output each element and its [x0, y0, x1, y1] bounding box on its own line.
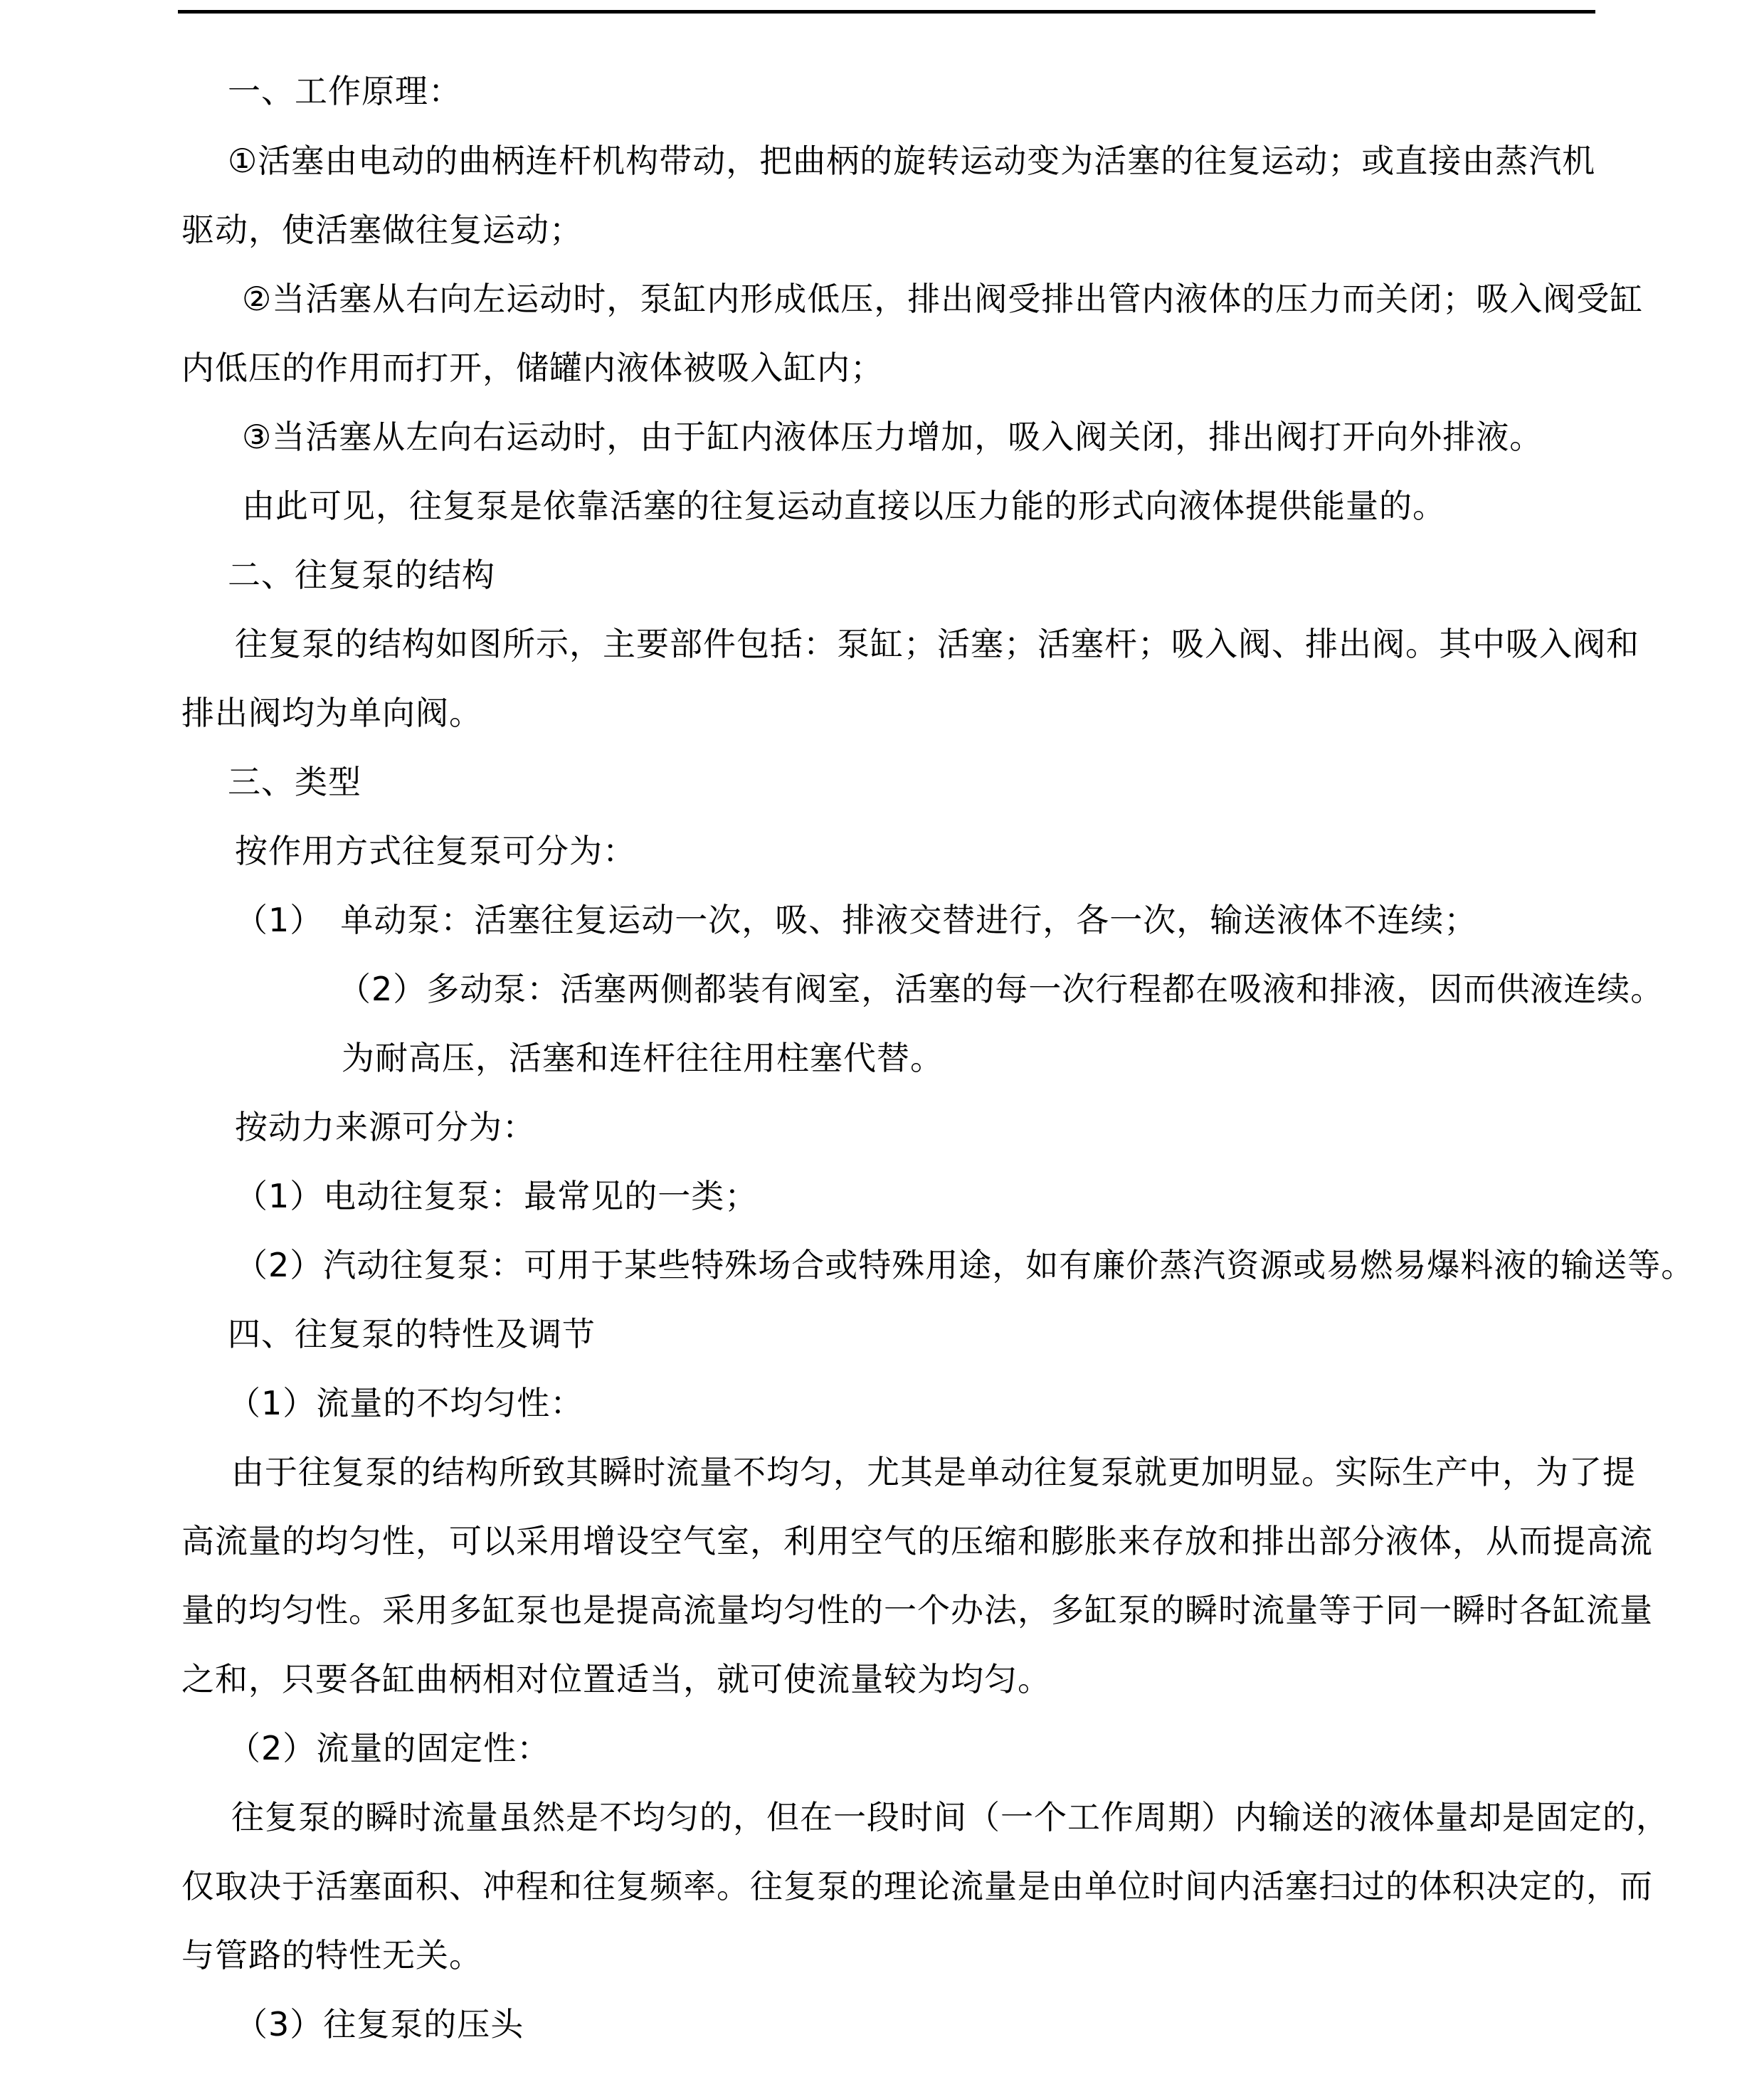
- text-line-paragraph: 往复泵的瞬时流量虽然是不均匀的，但在一段时间（一个工作周期）内输送的液体量却是固…: [231, 1796, 1669, 1839]
- header-rule: [178, 10, 1595, 14]
- text-line-paragraph: 由此可见，往复泵是依靠活塞的往复运动直接以压力能的形式向液体提供能量的。: [242, 485, 1446, 527]
- text-line-subheading: （3）往复泵的压头: [235, 2003, 524, 2046]
- text-line-list-item: （1） 单动泵：活塞往复运动一次，吸、排液交替进行，各一次，输送液体不连续；: [235, 899, 1477, 941]
- text-line-paragraph: 之和，只要各缸曲柄相对位置适当，就可使流量较为均匀。: [181, 1658, 1051, 1701]
- text-line-list-item: （2）多动泵：活塞两侧都装有阀室，活塞的每一次行程都在吸液和排液，因而供液连续。: [338, 968, 1664, 1010]
- text-line-heading: 二、往复泵的结构: [228, 554, 495, 596]
- text-line-list-item: 为耐高压，活塞和连杆往往用柱塞代替。: [342, 1037, 944, 1079]
- text-line-paragraph: 内低压的作用而打开，储罐内液体被吸入缸内；: [181, 347, 884, 389]
- text-line-paragraph: 排出阀均为单向阀。: [181, 692, 482, 734]
- text-line-list-item: （1）电动往复泵：最常见的一类；: [235, 1175, 758, 1217]
- text-line-paragraph: 由于往复泵的结构所致其瞬时流量不均匀，尤其是单动往复泵就更加明显。实际生产中，为…: [231, 1451, 1636, 1493]
- text-line-paragraph: 高流量的均匀性，可以采用增设空气室，利用空气的压缩和膨胀来存放和排出部分液体，从…: [181, 1520, 1653, 1562]
- text-line-paragraph: ③当活塞从左向右运动时，由于缸内液体压力增加，吸入阀关闭，排出阀打开向外排液。: [242, 416, 1543, 458]
- text-line-list-item: （2）汽动往复泵：可用于某些特殊场合或特殊用途，如有廉价蒸汽资源或易燃易爆料液的…: [235, 1244, 1694, 1286]
- text-line-heading: 一、工作原理：: [228, 70, 462, 112]
- text-line-subheading: （1）流量的不均匀性：: [228, 1382, 583, 1424]
- text-line-paragraph: 驱动，使活塞做往复运动；: [181, 208, 583, 251]
- text-line-paragraph: 按作用方式往复泵可分为：: [235, 830, 636, 872]
- text-line-paragraph: 量的均匀性。采用多缸泵也是提高流量均匀性的一个办法，多缸泵的瞬时流量等于同一瞬时…: [181, 1589, 1653, 1631]
- text-line-paragraph: 按动力来源可分为：: [235, 1106, 536, 1148]
- text-line-paragraph: 往复泵的结构如图所示，主要部件包括：泵缸；活塞；活塞杆；吸入阀、排出阀。其中吸入…: [235, 623, 1639, 665]
- text-line-paragraph: ②当活塞从右向左运动时，泵缸内形成低压，排出阀受排出管内液体的压力而关闭；吸入阀…: [242, 277, 1643, 320]
- text-line-paragraph: ①活塞由电动的曲柄连杆机构带动，把曲柄的旋转运动变为活塞的往复运动；或直接由蒸汽…: [228, 139, 1595, 182]
- text-line-paragraph: 仅取决于活塞面积、冲程和往复频率。往复泵的理论流量是由单位时间内活塞扫过的体积决…: [181, 1865, 1653, 1908]
- text-line-subheading: （2）流量的固定性：: [228, 1727, 550, 1770]
- text-line-heading: 三、类型: [228, 761, 361, 803]
- text-line-heading: 四、往复泵的特性及调节: [228, 1313, 596, 1355]
- text-line-paragraph: 与管路的特性无关。: [181, 1934, 482, 1977]
